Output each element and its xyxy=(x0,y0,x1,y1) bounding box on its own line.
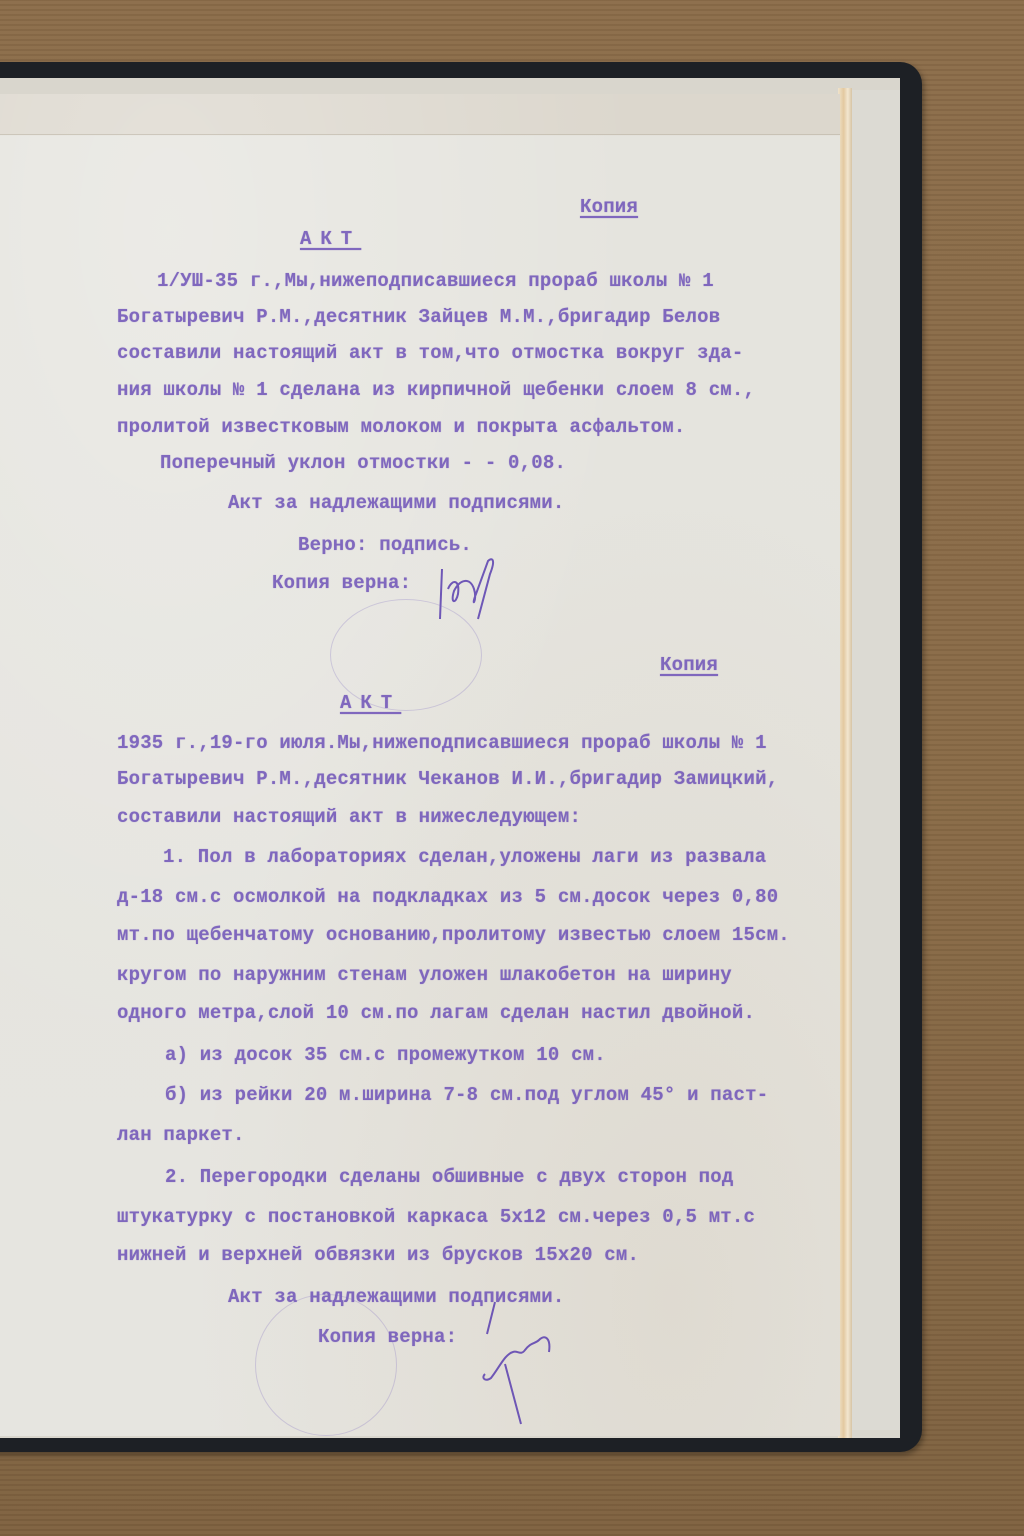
under-page xyxy=(852,90,900,1430)
act2-item-1-line-2: д-18 см.с осмолкой на подкладках из 5 см… xyxy=(117,886,778,908)
act2-item-1-line-5: одного метра,слой 10 см.по лагам сделан … xyxy=(117,1002,755,1024)
act2-subitem-b-line-2: лан паркет. xyxy=(117,1124,245,1146)
act2-item-2-line-1: 2. Перегородки сделаны обшивные с двух с… xyxy=(165,1166,734,1188)
act2-line-3: составили настоящий акт в нижеследующем: xyxy=(117,806,581,828)
act1-line-5: пролитой известковым молоком и покрыта а… xyxy=(117,416,686,438)
act1-title: АКТ xyxy=(300,228,361,250)
act1-line-4: ния школы № 1 сделана из кирпичной щебен… xyxy=(117,379,755,401)
act1-copy-true: Копия верна: xyxy=(272,572,411,594)
page-edge-stack xyxy=(838,88,852,1438)
act2-copy-label: Копия xyxy=(660,654,718,676)
stamp-impression-2 xyxy=(255,1294,397,1436)
act1-line-2: Богатыревич Р.М.,десятник Зайцев М.М.,бр… xyxy=(117,306,720,328)
act2-line-1: 1935 г.,19-го июля.Мы,нижеподписавшиеся … xyxy=(117,732,767,754)
act2-item-1-line-1: 1. Пол в лабораториях сделан,уложены лаг… xyxy=(163,846,766,868)
act2-title: АКТ xyxy=(340,692,401,714)
act2-item-2-line-3: нижней и верхней обвязки из брусков 15х2… xyxy=(117,1244,639,1266)
act1-line-6: Поперечный уклон отмостки - - 0,08. xyxy=(160,452,566,474)
act1-closing: Акт за надлежащими подписями. xyxy=(228,492,564,514)
act2-item-1-line-3: мт.по щебенчатому основанию,пролитому из… xyxy=(117,924,790,946)
act1-line-3: составили настоящий акт в том,что отмост… xyxy=(117,342,744,364)
act2-item-1-line-4: кругом по наружним стенам уложен шлакобе… xyxy=(117,964,732,986)
signature-2 xyxy=(455,1294,575,1434)
act2-line-2: Богатыревич Р.М.,десятник Чеканов И.И.,б… xyxy=(117,768,778,790)
document-body: Копия АКТ 1/УШ-35 г.,Мы,нижеподписавшиес… xyxy=(0,94,840,1436)
act1-line-1: 1/УШ-35 г.,Мы,нижеподписавшиеся прораб ш… xyxy=(157,270,714,292)
act2-subitem-b-line-1: б) из рейки 20 м.ширина 7-8 см.под углом… xyxy=(165,1084,768,1106)
act2-item-2-line-2: штукатурку с постановкой каркаса 5х12 см… xyxy=(117,1206,755,1228)
act2-subitem-a: а) из досок 35 см.с промежутком 10 см. xyxy=(165,1044,606,1066)
act1-copy-label: Копия xyxy=(580,196,638,218)
typed-document-page: Копия АКТ 1/УШ-35 г.,Мы,нижеподписавшиес… xyxy=(0,94,840,1436)
